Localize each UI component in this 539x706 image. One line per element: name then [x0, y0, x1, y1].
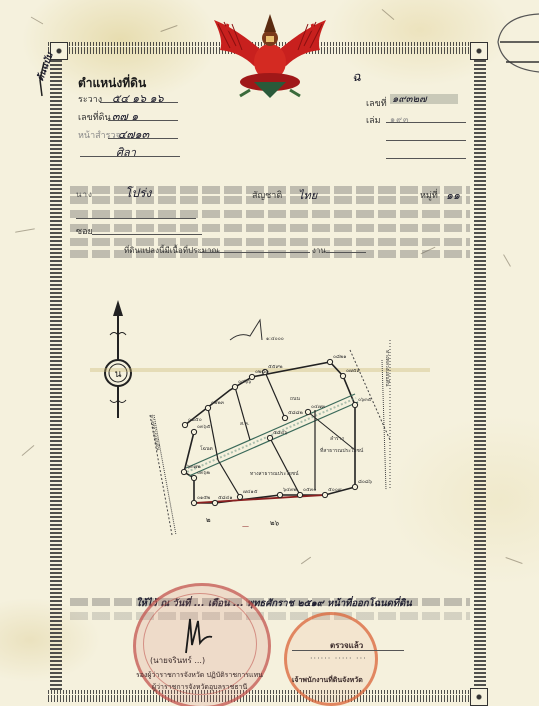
nationality-value: ไทย — [298, 186, 317, 204]
border-corner-ornament — [470, 42, 488, 60]
svg-text:ถนน: ถนน — [290, 396, 300, 402]
paper-fiber — [505, 557, 522, 564]
svg-text:๒: ๒ — [206, 516, 211, 524]
soi-label: ซอย — [76, 224, 93, 238]
field-rule — [76, 218, 196, 219]
svg-text:๒๖: ๒๖ — [270, 519, 280, 527]
svg-text:๕๘๔๑: ๕๘๔๑ — [218, 495, 233, 501]
paper-fiber — [22, 445, 35, 456]
field-label-volume: เล่ม — [366, 113, 381, 127]
owner-prefix: นาง — [76, 188, 93, 201]
partial-seal-outline — [488, 8, 539, 78]
field-value-map-sheet: ๕๔ ๑๖ ๑๖ — [112, 89, 164, 107]
svg-text:๖๓๗๒: ๖๓๗๒ — [187, 464, 201, 470]
svg-text:๑:๔๐๐๐: ๑:๔๐๐๐ — [266, 336, 284, 342]
field-label-parcel-no: เลขที่ดิน — [78, 110, 111, 124]
paper-fiber — [382, 9, 395, 20]
field-label-deed-no: เลขที่ — [366, 96, 387, 110]
paper-fiber — [31, 17, 44, 25]
paper-fiber — [160, 25, 177, 32]
svg-text:๐๔๖๖: ๐๔๖๖ — [238, 379, 251, 385]
field-rule — [200, 252, 310, 253]
svg-text:๗๔๑๕: ๗๔๑๕ — [243, 489, 258, 495]
svg-text:ทางสาธารณประโยชน์: ทางสาธารณประโยชน์ — [250, 470, 299, 477]
svg-text:๕๘๔๖: ๕๘๔๖ — [273, 430, 288, 436]
border-corner-ornament — [470, 688, 488, 706]
field-value-deed-no: ๑๙๓๒๗ — [392, 92, 427, 107]
field-rule — [386, 122, 466, 123]
svg-text:๐๔๗๓: ๐๔๗๓ — [311, 404, 326, 410]
svg-text:๕๐๐๙: ๕๐๐๙ — [328, 487, 342, 493]
signature-rule — [292, 650, 404, 651]
moo-value: ๑๑ — [446, 186, 460, 204]
svg-text:๕๕๙๒: ๕๕๙๒ — [268, 364, 283, 370]
field-value-survey-page: ๔๗๑๓ — [118, 125, 149, 143]
svg-text:๘๐๘๖: ๘๐๘๖ — [358, 479, 372, 485]
decorative-border-right — [474, 56, 486, 690]
field-rule — [80, 156, 180, 157]
svg-text:๐๓๖๒: ๐๓๖๒ — [197, 470, 210, 476]
north-arrow-icon: น — [105, 300, 131, 418]
land-title-deed: ต้นฉบับ ตำแหน่งที่ดิน ระวาง ๕๔ ๑๖ ๑๖ เลข… — [0, 0, 539, 706]
background-text-band — [70, 224, 470, 232]
background-text-band — [70, 210, 470, 218]
signature-left — [178, 615, 218, 655]
svg-text:๐๑๕๒: ๐๑๕๒ — [197, 495, 210, 501]
svg-text:ลำราง: ลำราง — [330, 436, 344, 442]
svg-text:๐๘๕๐: ๐๘๕๐ — [188, 417, 202, 423]
field-rule — [100, 102, 178, 103]
nationality-label: สัญชาติ — [252, 188, 282, 202]
paper-fiber — [503, 254, 511, 267]
field-rule — [326, 252, 366, 253]
svg-text:๕๘๘๒: ๕๘๘๒ — [288, 410, 303, 416]
paper-fiber — [15, 228, 35, 232]
field-rule — [108, 138, 178, 139]
svg-text:ทางหลวงแผ่นดิน: ทางหลวงแผ่นดิน — [148, 414, 162, 452]
area-label: ที่ดินแปลงนี้มีเนื้อที่ประมาณ — [124, 244, 219, 257]
owner-name: โปร่ง — [125, 184, 151, 203]
field-rule — [108, 120, 178, 121]
margin-bracket — [36, 60, 50, 100]
svg-text:๐๕๓๐: ๐๕๓๐ — [303, 487, 316, 493]
signer-left-title: รองผู้ว่าราชการจังหวัด ปฏิบัติราชการแทน — [136, 670, 263, 681]
svg-text:๐๘๒๑: ๐๘๒๑ — [333, 354, 346, 360]
field-value-volume: ๑๙๓ — [390, 113, 409, 126]
field-rule — [92, 234, 202, 235]
svg-text:๐๗๕๙: ๐๗๕๙ — [346, 368, 361, 374]
survey-plot-map: น ๐๘๕๐๐๒๒๓๐๔๖๖๐๒๘๓๕๕๙๒๐๓๖๕๕๘๘๒๕๘๔๖๐๔๗ — [90, 290, 430, 540]
field-value-parcel-no: ๓๗ ๑ — [112, 107, 138, 125]
signer-right-title: เจ้าพนักงานที่ดินจังหวัด — [292, 675, 363, 686]
moo-label: หมู่ที่ — [420, 188, 438, 202]
stamp-faded-text: ······ ····· ··· — [310, 654, 367, 663]
area-unit-label: งาน — [312, 244, 326, 257]
svg-text:๖๔๓๒: ๖๔๓๒ — [283, 487, 297, 493]
svg-text:ทางหลวงแผ่นดิน: ทางหลวงแผ่นดิน — [384, 350, 391, 387]
signer-left-name: (นายจรินทร์ ...) — [150, 654, 205, 667]
field-rule — [386, 140, 466, 141]
svg-text:โฉนด: โฉนด — [200, 445, 213, 452]
svg-text:ที่สาธารณประโยชน์: ที่สาธารณประโยชน์ — [320, 447, 364, 454]
svg-text:ส.ค.: ส.ค. — [240, 421, 250, 427]
deed-title-mark: ฉ — [352, 66, 361, 87]
svg-text:๐๓๖๕: ๐๓๖๕ — [197, 424, 211, 430]
background-text-band — [70, 612, 470, 620]
svg-text:๐๖๓๕: ๐๖๓๕ — [358, 397, 372, 403]
signer-left-title2: ผู้ว่าราชการจังหวัดอุบลราชธานี — [152, 682, 247, 693]
svg-text:๐๒๒๓: ๐๒๒๓ — [211, 400, 225, 406]
field-label-map-sheet: ระวาง — [78, 92, 102, 106]
field-label-survey-page: หน้าสำรวจ — [78, 128, 121, 142]
svg-text:—: — — [242, 522, 249, 530]
decorative-border-bottom — [48, 690, 488, 702]
decorative-border-left — [50, 56, 62, 690]
field-value-marker-type: ศิลา — [116, 143, 136, 161]
paper-fiber — [301, 557, 311, 565]
field-rule — [386, 158, 466, 159]
garuda-emblem-icon — [210, 10, 330, 105]
